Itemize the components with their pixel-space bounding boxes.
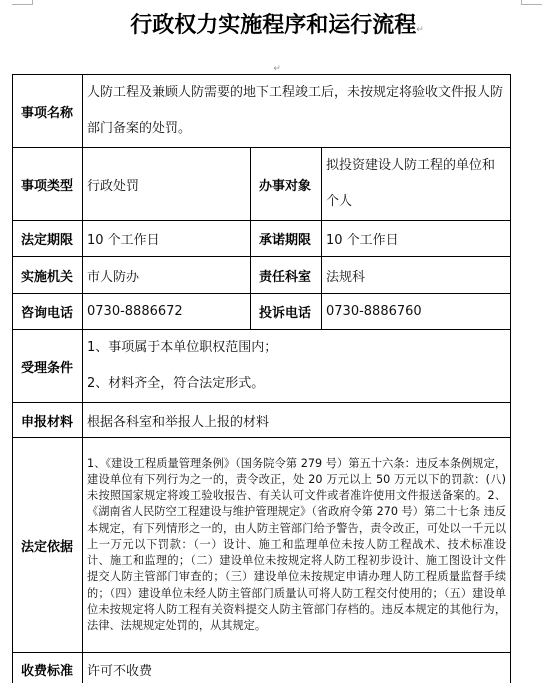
- row-fee: 收费标准 许可不收费: [13, 653, 511, 683]
- row-phones: 咨询电话 0730-8886672 投诉电话 0730-8886760: [13, 294, 511, 330]
- value-conditions[interactable]: 1、事项属于本单位职权范围内； 2、材料齐全，符合法定形式。: [83, 330, 511, 403]
- condition-item: 1、事项属于本单位职权范围内；: [87, 330, 506, 366]
- value-agency[interactable]: 市人防办: [83, 257, 251, 294]
- value-legal-basis[interactable]: 1、《建设工程质量管理条例》（国务院令第 279 号）第五十六条：违反本条例规定…: [83, 438, 511, 653]
- value-materials[interactable]: 根据各科室和举报人上报的材料: [83, 403, 511, 438]
- label-department: 责任科室: [251, 257, 322, 294]
- value-consult-phone[interactable]: 0730-8886672: [83, 294, 251, 330]
- label-item-type: 事项类型: [13, 148, 83, 221]
- value-legal-term[interactable]: 10 个工作日: [83, 221, 251, 257]
- blank-paragraph: ↵: [0, 56, 554, 75]
- page-corner-mark-right: [521, 0, 542, 5]
- row-terms: 法定期限 10 个工作日 承诺期限 10 个工作日: [13, 221, 511, 257]
- row-item-type: 事项类型 行政处罚 办事对象 拟投资建设人防工程的单位和个人: [13, 148, 511, 221]
- value-target[interactable]: 拟投资建设人防工程的单位和个人: [322, 148, 511, 221]
- row-materials: 申报材料 根据各科室和举报人上报的材料: [13, 403, 511, 438]
- condition-item: 2、材料齐全，符合法定形式。: [87, 366, 506, 402]
- label-fee: 收费标准: [13, 653, 83, 683]
- value-complaint-phone[interactable]: 0730-8886760: [322, 294, 511, 330]
- value-item-name[interactable]: 人防工程及兼顾人防需要的地下工程竣工后，未按规定将验收文件报人防部门备案的处罚。: [83, 75, 511, 148]
- row-conditions: 受理条件 1、事项属于本单位职权范围内； 2、材料齐全，符合法定形式。: [13, 330, 511, 403]
- label-promised-term: 承诺期限: [251, 221, 322, 257]
- label-item-name: 事项名称: [13, 75, 83, 148]
- value-department[interactable]: 法规科: [322, 257, 511, 294]
- row-legal-basis: 法定依据 1、《建设工程质量管理条例》（国务院令第 279 号）第五十六条：违反…: [13, 438, 511, 653]
- paragraph-mark-icon: ↵: [416, 25, 424, 35]
- row-agency: 实施机关 市人防办 责任科室 法规科: [13, 257, 511, 294]
- row-item-name: 事项名称 人防工程及兼顾人防需要的地下工程竣工后，未按规定将验收文件报人防部门备…: [13, 75, 511, 148]
- value-promised-term[interactable]: 10 个工作日: [322, 221, 511, 257]
- value-fee[interactable]: 许可不收费: [83, 653, 511, 683]
- label-target: 办事对象: [251, 148, 322, 221]
- title-text: 行政权力实施程序和运行流程: [130, 12, 416, 38]
- process-table: 事项名称 人防工程及兼顾人防需要的地下工程竣工后，未按规定将验收文件报人防部门备…: [12, 74, 511, 683]
- value-item-type[interactable]: 行政处罚: [83, 148, 251, 221]
- page-corner-mark-left: [12, 0, 33, 5]
- label-legal-basis: 法定依据: [13, 438, 83, 653]
- label-consult-phone: 咨询电话: [13, 294, 83, 330]
- paragraph-mark-icon: ↵: [273, 64, 281, 74]
- label-legal-term: 法定期限: [13, 221, 83, 257]
- label-agency: 实施机关: [13, 257, 83, 294]
- label-materials: 申报材料: [13, 403, 83, 438]
- label-conditions: 受理条件: [13, 330, 83, 403]
- label-complaint-phone: 投诉电话: [251, 294, 322, 330]
- document-title: 行政权力实施程序和运行流程↵: [0, 8, 554, 39]
